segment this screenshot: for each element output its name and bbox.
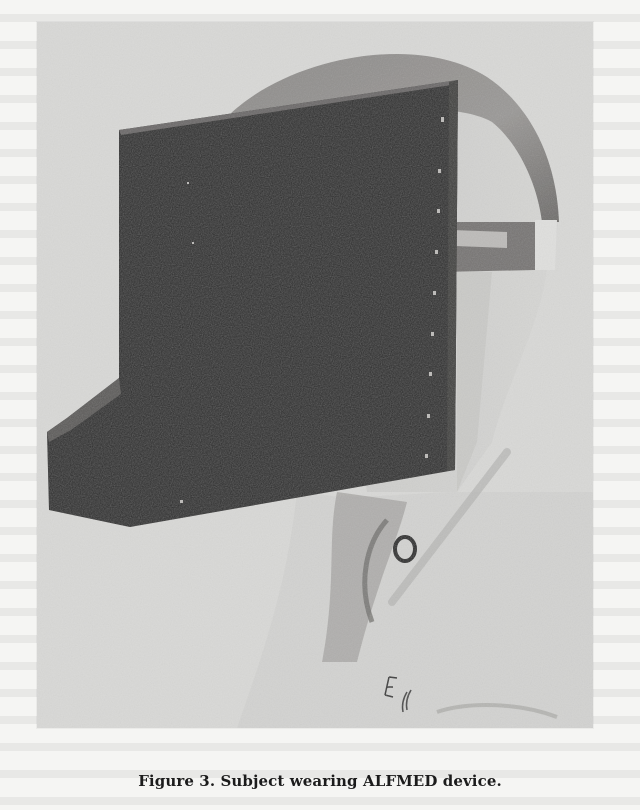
figure-photograph <box>37 22 593 728</box>
figure-caption: Figure 3. Subject wearing ALFMED device. <box>0 772 640 790</box>
document-page: Figure 3. Subject wearing ALFMED device. <box>0 0 640 810</box>
